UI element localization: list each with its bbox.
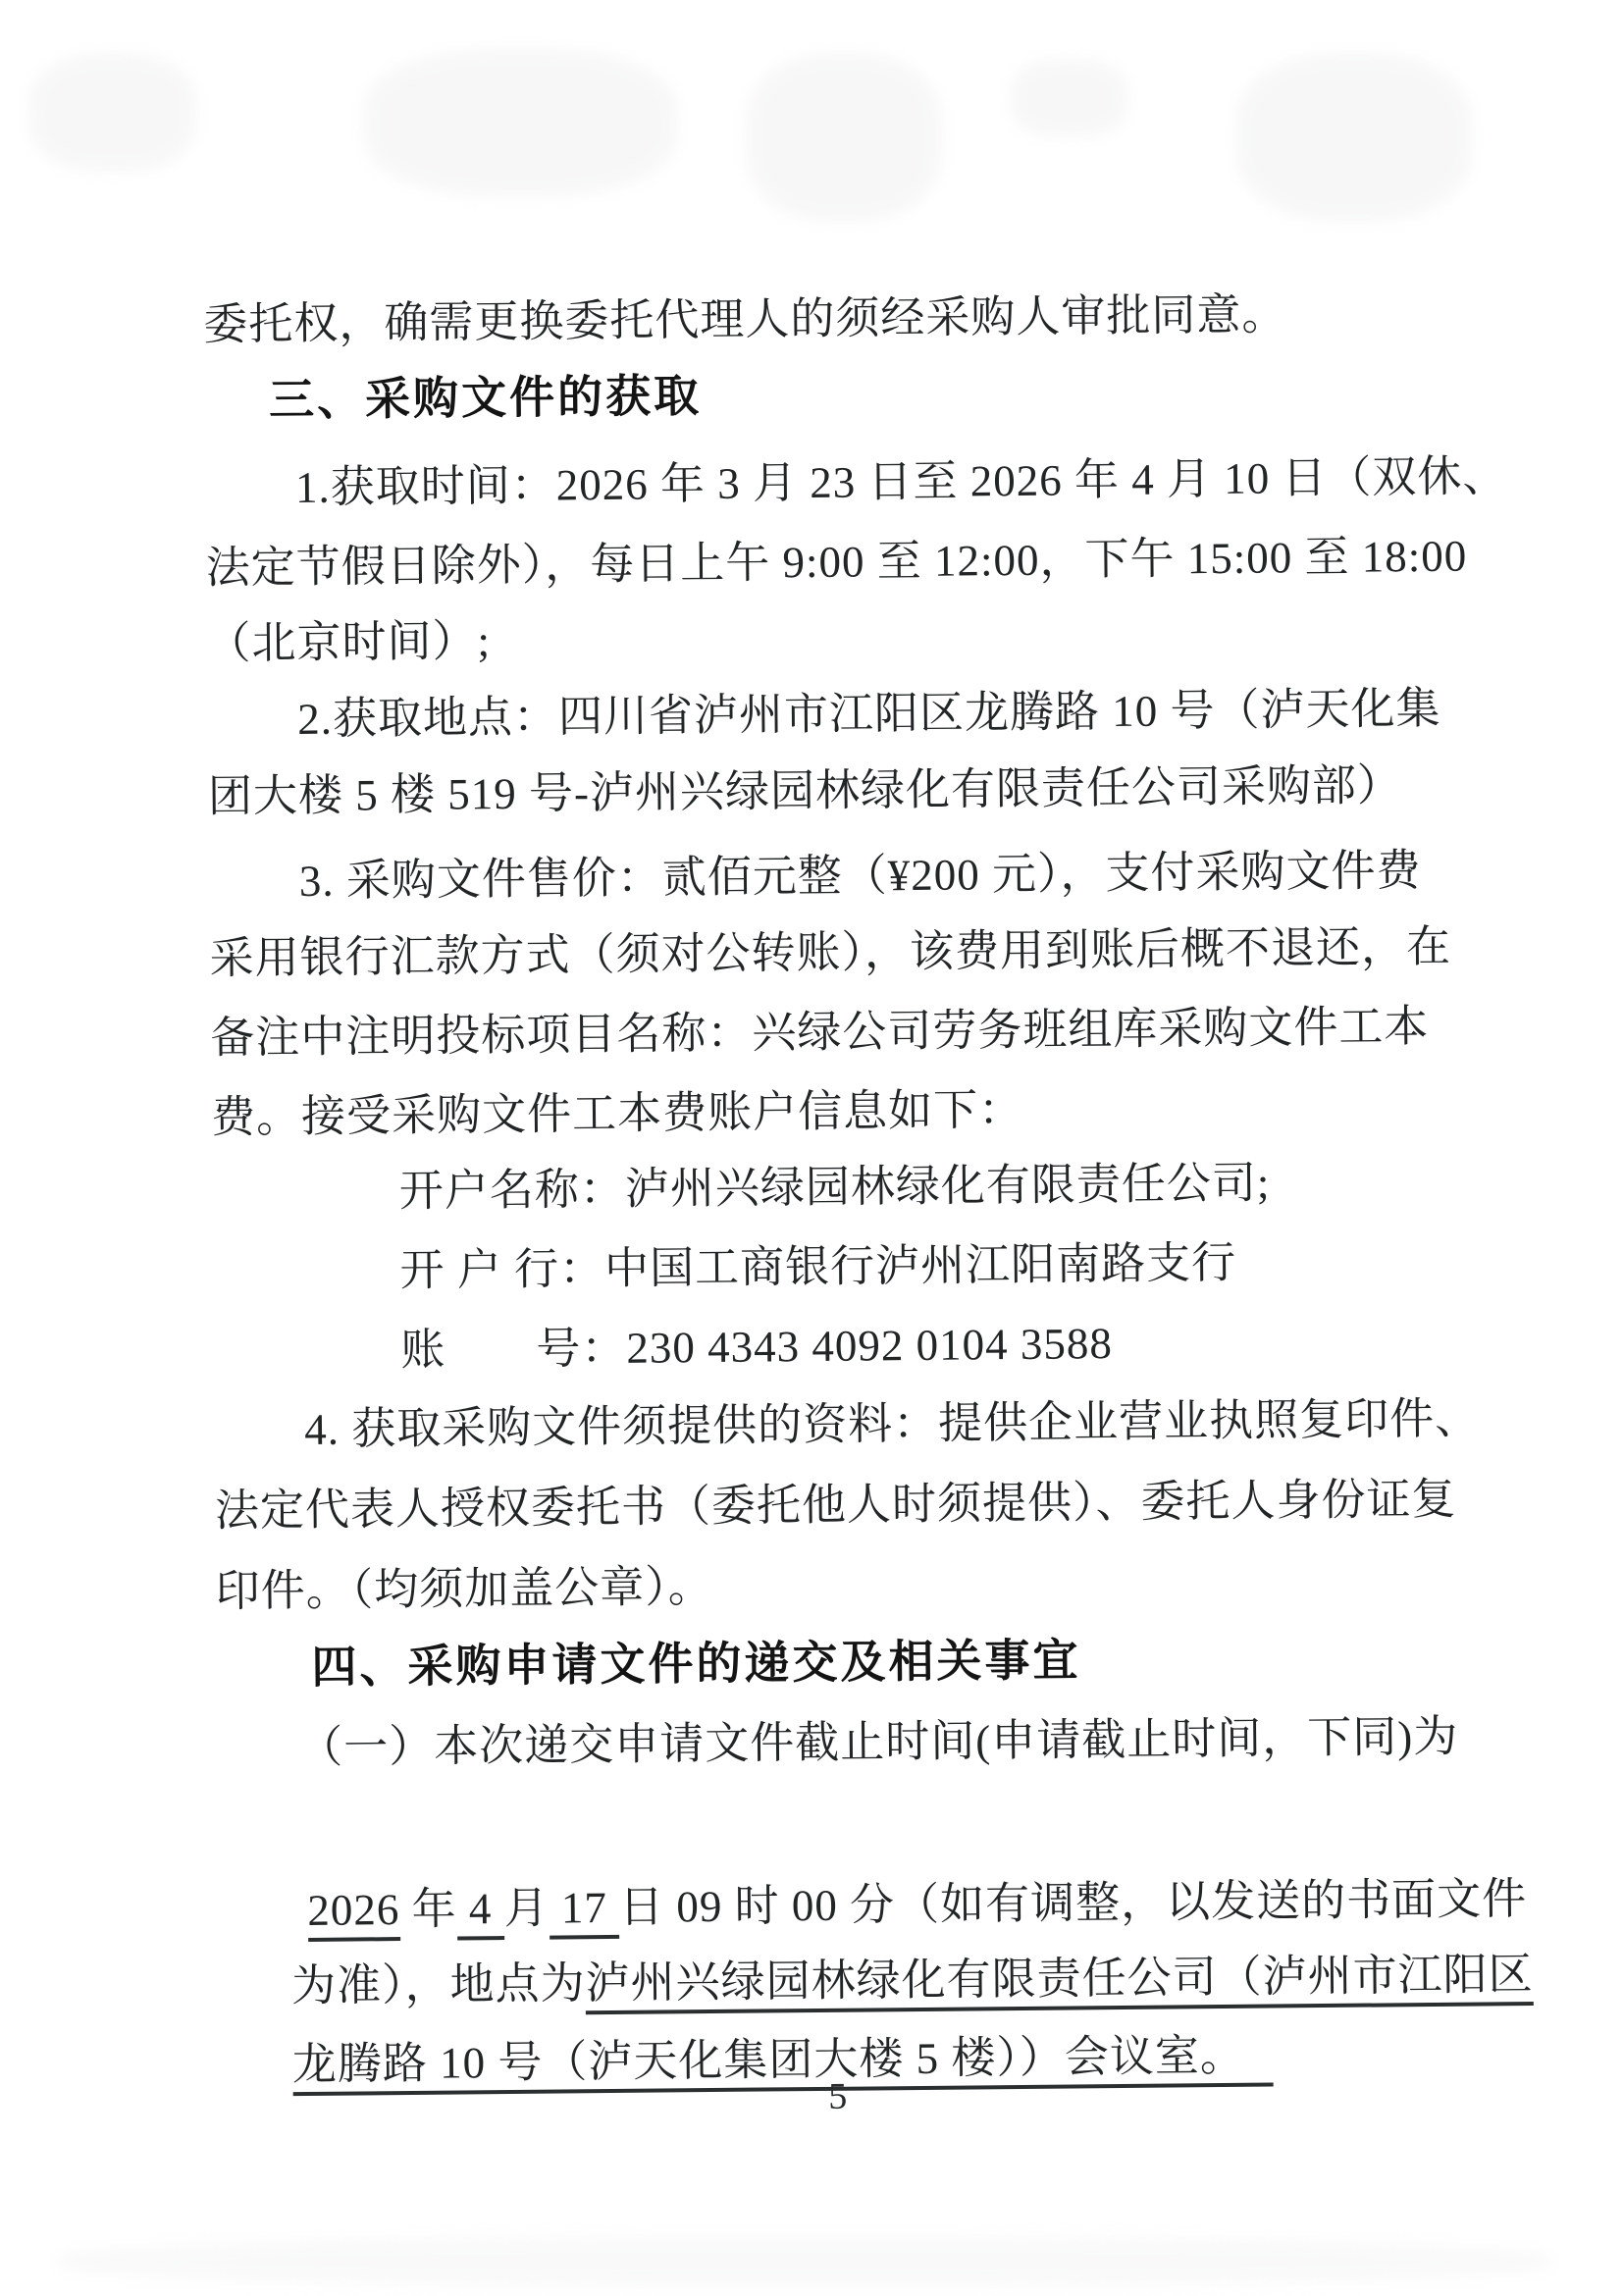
item3-doc-price-line3: 备注中注明投标项目名称：兴绿公司劳务班组库采购文件工本 [210,987,1430,1077]
item3-doc-price-line1: 3. 采购文件售价：贰佰元整（¥200 元），支付采购文件费 [298,831,1421,920]
section-heading-4: 四、采购申请文件的递交及相关事宜 [311,1620,1081,1706]
account-number-line: 账 号：230 4343 4092 0104 3588 [400,1304,1113,1389]
deadline-para-line4: 龙腾路 10 号（泸天化集团大楼 5 楼））会议室。 [219,1938,1274,2183]
item2-obtain-location-line2: 团大楼 5 楼 519 号-泸州兴绿园林绿化有限责任公司采购部） [208,746,1403,836]
item1-obtain-time-line2: 法定节假日除外），每日上午 9:00 至 12:00，下午 15:00 至 18… [205,517,1467,607]
section-heading-3: 三、采购文件的获取 [269,356,703,439]
item3-doc-price-line2: 采用银行汇款方式（须对公转账），该费用到账后概不退还，在 [209,908,1451,998]
item3-doc-price-line4: 费。接受采购文件工本费账户信息如下： [211,1070,1024,1157]
item1-obtain-time-line1: 1.获取时间：2026 年 3 月 23 日至 2026 年 4 月 10 日（… [295,437,1508,527]
bank-branch-line: 开 户 行：中国工商银行泸州江阳南路支行 [399,1224,1236,1310]
account-name-line: 开户名称：泸州兴绿园林绿化有限责任公司; [398,1144,1270,1231]
item4-materials-line1: 4. 获取采购文件须提供的资料：提供企业营业执照复印件、 [304,1379,1481,1468]
document-content: 委托权，确需更换委托代理人的须经采购人审批同意。 三、采购文件的获取 1.获取时… [0,0,1623,2296]
item1-obtain-time-line3: （北京时间）; [206,601,491,683]
item2-obtain-location-line1: 2.获取地点：四川省泸州市江阳区龙腾路 10 号（泸天化集 [297,669,1441,758]
deadline-para-line1: （一）本次递交申请文件截止时间(申请截止时间，下同)为 [298,1697,1459,1787]
paragraph-continuation-line: 委托权，确需更换委托代理人的须经采购人审批同意。 [203,275,1287,364]
item4-materials-line2: 法定代表人授权委托书（委托他人时须提供）、委托人身份证复 [215,1460,1457,1550]
scanned-document-page: 委托权，确需更换委托代理人的须经采购人审批同意。 三、采购文件的获取 1.获取时… [0,0,1623,2296]
item4-materials-line3: 印件。（均须加盖公章）。 [215,1547,713,1631]
